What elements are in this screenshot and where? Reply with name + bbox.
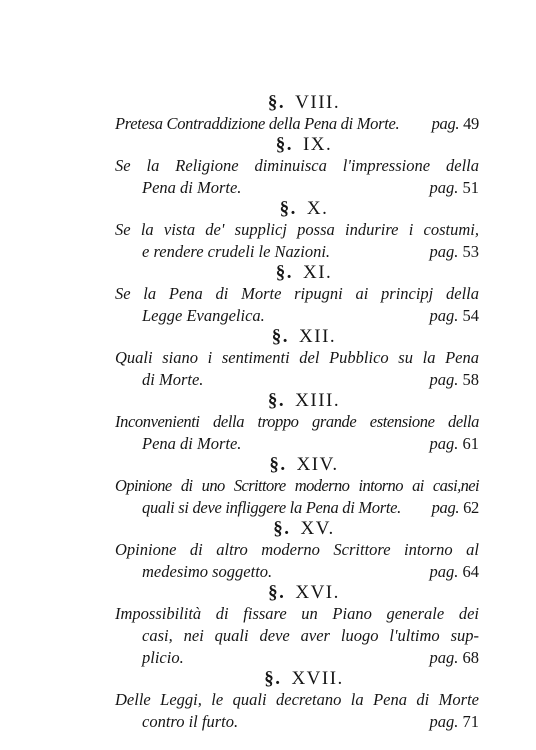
toc-entry-xi-line-1: Se la Pena di Morte ripugni ai principj … bbox=[115, 283, 479, 305]
section-heading-xvi: §.XVI. bbox=[115, 583, 479, 603]
toc-entry-ix-line-1: Se la Religione diminuisca l'impressione… bbox=[115, 155, 479, 177]
toc-entry-viii: Pretesa Contraddizione della Pena di Mor… bbox=[115, 113, 479, 135]
section-heading-xiii: §.XIII. bbox=[115, 391, 479, 411]
toc-entry-xiv-line-2: quali si deve infliggere la Pena di Mort… bbox=[115, 497, 479, 519]
section-numeral: XI. bbox=[303, 262, 332, 283]
entry-title-line: medesimo soggetto. bbox=[142, 561, 272, 583]
section-heading-xi: §.XI. bbox=[115, 263, 479, 283]
section-symbol: §. bbox=[276, 262, 293, 283]
section-numeral: IX. bbox=[303, 134, 332, 155]
section-heading-xii: §.XII. bbox=[115, 327, 479, 347]
section-numeral: XII. bbox=[299, 326, 336, 347]
page-reference: pag. 71 bbox=[430, 711, 480, 733]
toc-entry-xv-line-1: Opinione di altro moderno Scrittore into… bbox=[115, 539, 479, 561]
section-numeral: XV. bbox=[301, 518, 335, 539]
toc-entry-x-line-2: e rendere crudeli le Nazioni. pag. 53 bbox=[115, 241, 479, 263]
toc-entry-xii-line-2: di Morte. pag. 58 bbox=[115, 369, 479, 391]
page-reference: pag. 49 bbox=[432, 113, 479, 135]
section-heading-xiv: §.XIV. bbox=[115, 455, 479, 475]
toc-entry-xiii-line-1: Inconvenienti della troppo grande estens… bbox=[115, 411, 479, 433]
section-symbol: §. bbox=[264, 668, 281, 689]
section-heading-xvii: §.XVII. bbox=[115, 669, 479, 689]
toc-entry-xvii-line-2: contro il furto. pag. 71 bbox=[115, 711, 479, 733]
section-symbol: §. bbox=[276, 134, 293, 155]
entry-title-line: Pena di Morte. bbox=[142, 177, 241, 199]
page-reference: pag. 54 bbox=[430, 305, 480, 327]
toc-entry-xv-line-2: medesimo soggetto. pag. 64 bbox=[115, 561, 479, 583]
toc-entry-x-line-1: Se la vista de' supplicj possa indurire … bbox=[115, 219, 479, 241]
section-numeral: XIV. bbox=[297, 454, 339, 475]
section-heading-ix: §.IX. bbox=[115, 135, 479, 155]
page-reference: pag. 53 bbox=[430, 241, 480, 263]
section-symbol: §. bbox=[268, 92, 285, 113]
section-heading-viii: §.VIII. bbox=[115, 93, 479, 113]
section-heading-xv: §.XV. bbox=[115, 519, 479, 539]
section-symbol: §. bbox=[272, 326, 289, 347]
page-reference: pag. 51 bbox=[430, 177, 480, 199]
page-reference: pag. 58 bbox=[430, 369, 480, 391]
section-numeral: VIII. bbox=[295, 92, 340, 113]
section-heading-x: §.X. bbox=[115, 199, 479, 219]
toc-entry-xii-line-1: Quali siano i sentimenti del Pubblico su… bbox=[115, 347, 479, 369]
page-reference: pag. 68 bbox=[430, 647, 480, 669]
entry-title-line: Legge Evangelica. bbox=[142, 305, 265, 327]
entry-title-line: contro il furto. bbox=[142, 711, 238, 733]
toc-entry-xvi-line-2: casi, nei quali deve aver luogo l'ultimo… bbox=[115, 625, 479, 647]
toc-entry-xi-line-2: Legge Evangelica. pag. 54 bbox=[115, 305, 479, 327]
entry-title-line: Pretesa Contraddizione della Pena di Mor… bbox=[115, 113, 399, 135]
section-numeral: X. bbox=[307, 198, 328, 219]
entry-title-line: plicio. bbox=[142, 647, 184, 669]
entry-title-line: di Morte. bbox=[142, 369, 203, 391]
toc-entry-ix-line-2: Pena di Morte. pag. 51 bbox=[115, 177, 479, 199]
page-reference: pag. 61 bbox=[430, 433, 480, 455]
section-symbol: §. bbox=[269, 454, 286, 475]
entry-title-line: e rendere crudeli le Nazioni. bbox=[142, 241, 330, 263]
section-numeral: XIII. bbox=[295, 390, 340, 411]
section-symbol: §. bbox=[268, 582, 285, 603]
toc-entry-xvi-line-1: Impossibilità di fissare un Piano genera… bbox=[115, 603, 479, 625]
section-symbol: §. bbox=[280, 198, 297, 219]
section-symbol: §. bbox=[268, 390, 285, 411]
entry-title-line: Pena di Morte. bbox=[142, 433, 241, 455]
toc-entry-xiii-line-2: Pena di Morte. pag. 61 bbox=[115, 433, 479, 455]
toc-entry-xvi-line-3: plicio. pag. 68 bbox=[115, 647, 479, 669]
section-symbol: §. bbox=[273, 518, 290, 539]
table-of-contents: §.VIII. Pretesa Contraddizione della Pen… bbox=[115, 93, 479, 733]
entry-title-line: quali si deve infliggere la Pena di Mort… bbox=[142, 497, 401, 519]
section-numeral: XVII. bbox=[291, 668, 343, 689]
toc-entry-xvii-line-1: Delle Leggi, le quali decretano la Pena … bbox=[115, 689, 479, 711]
toc-entry-xiv-line-1: Opinione di uno Scrittore moderno intorn… bbox=[115, 475, 479, 497]
section-numeral: XVI. bbox=[295, 582, 340, 603]
page-reference: pag. 64 bbox=[430, 561, 480, 583]
page-reference: pag. 62 bbox=[432, 497, 479, 519]
